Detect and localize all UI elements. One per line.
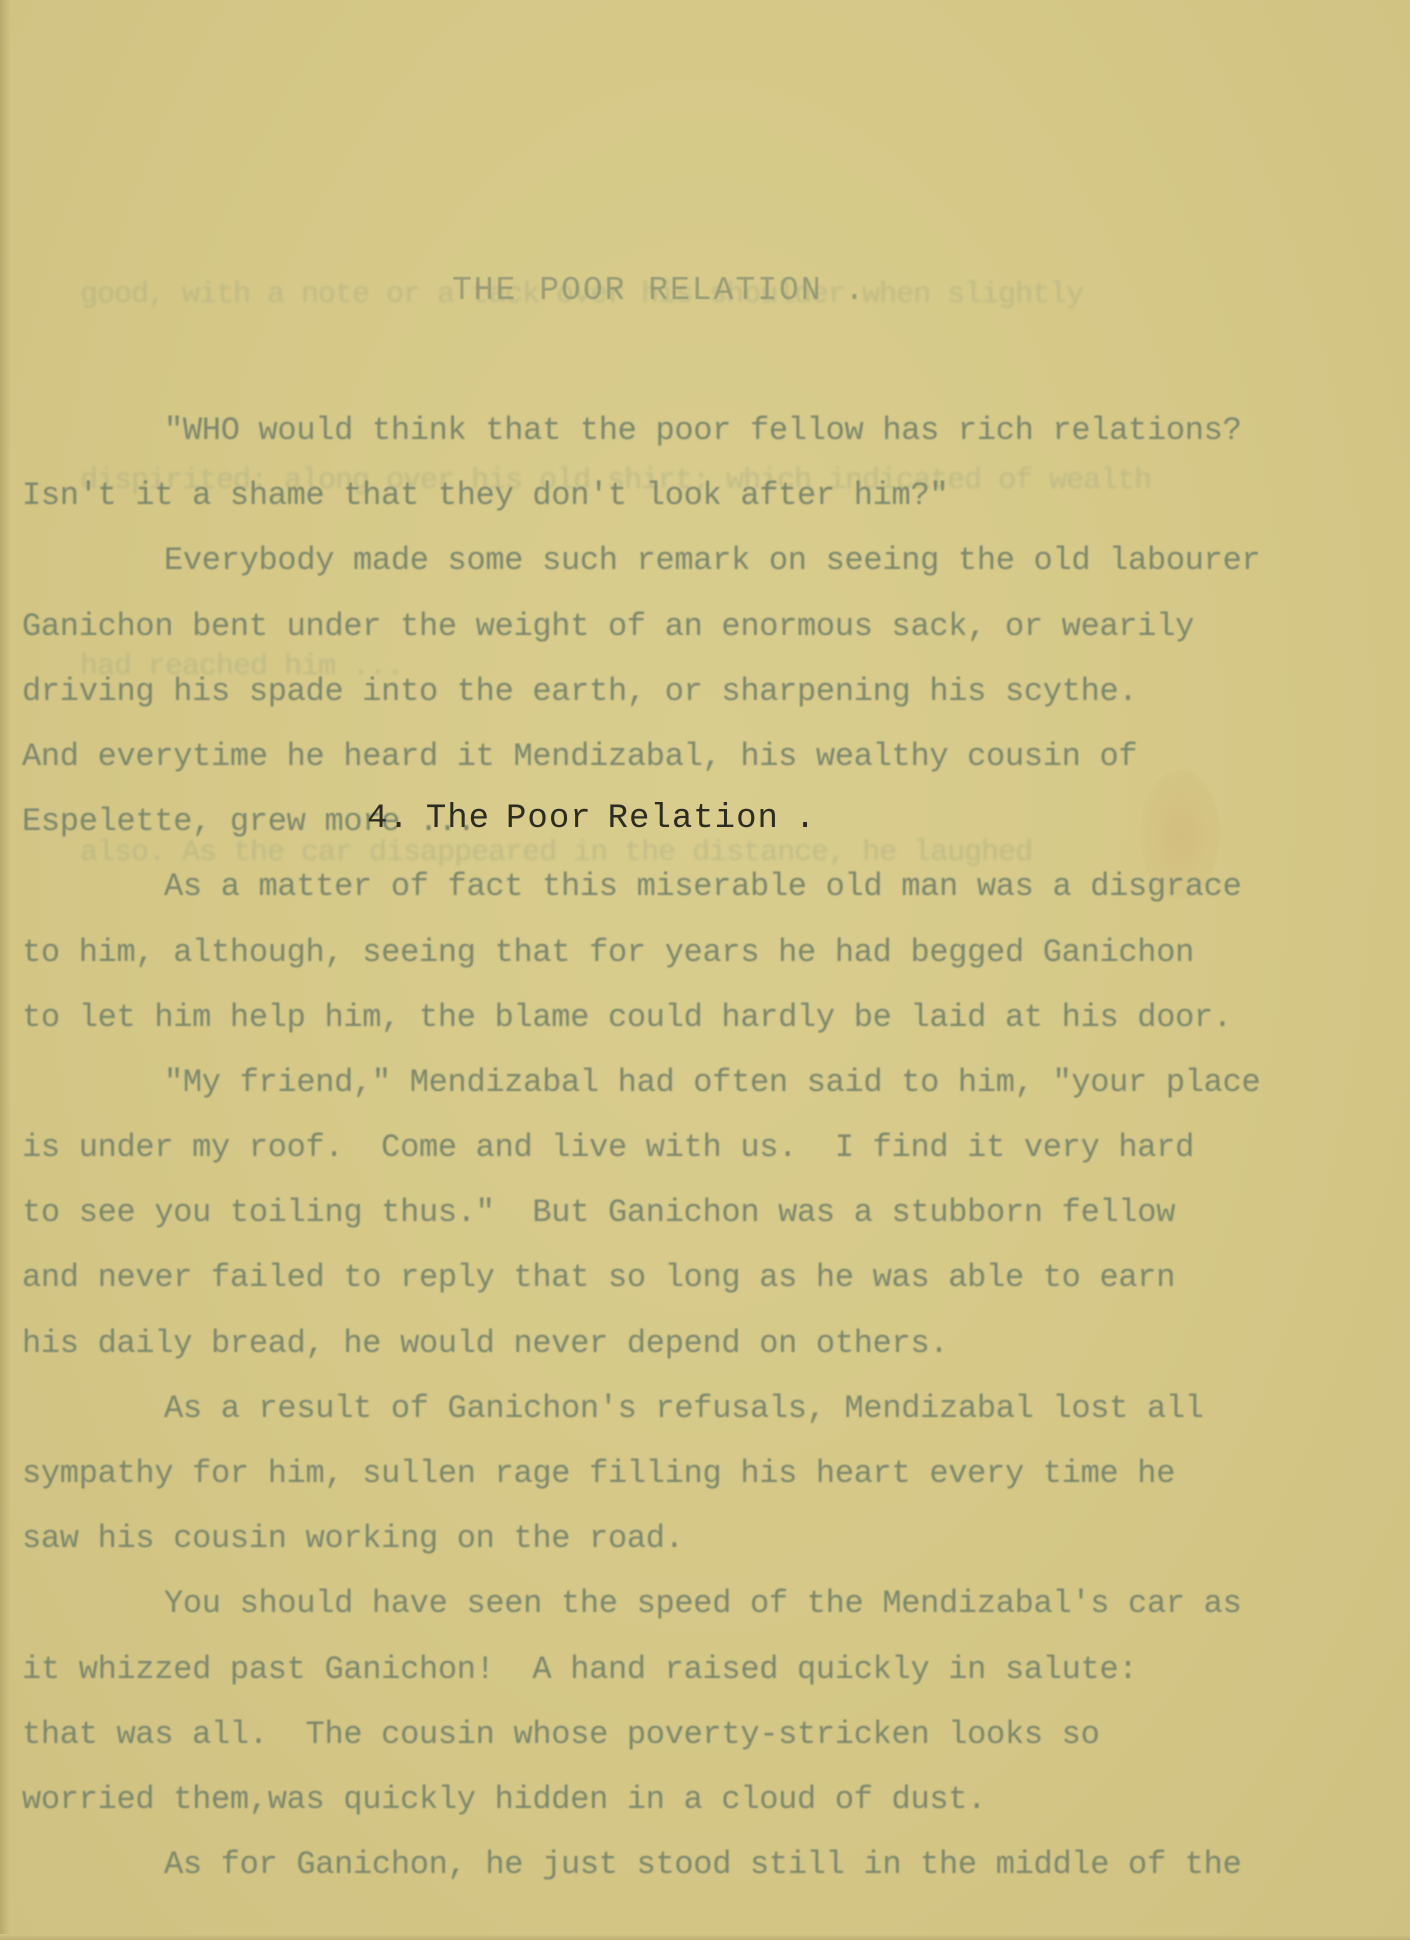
text-line: Everybody made some such remark on seein… [22, 528, 1392, 593]
text-line: it whizzed past Ganichon! A hand raised … [22, 1637, 1392, 1702]
text-line: to him, although, seeing that for years … [22, 920, 1392, 985]
text-line: "My friend," Mendizabal had often said t… [22, 1050, 1392, 1115]
heading-word: Relation [608, 800, 779, 838]
text-line: Ganichon bent under the weight of an eno… [22, 594, 1392, 659]
chapter-heading: 4.ThePoorRelation. [367, 800, 832, 838]
text-line: driving his spade into the earth, or sha… [22, 659, 1392, 724]
scanned-page: good, with a note or a tack over his sho… [0, 0, 1410, 1940]
text-line: As for Ganichon, he just stood still in … [22, 1832, 1392, 1897]
heading-word: The [426, 800, 490, 838]
faint-title: THE POOR RELATION . [452, 272, 866, 309]
chapter-number: 4. [367, 800, 410, 838]
text-line: sympathy for him, sullen rage filling hi… [22, 1441, 1392, 1506]
text-line: Isn't it a shame that they don't look af… [22, 463, 1392, 528]
text-line: As a matter of fact this miserable old m… [22, 854, 1392, 919]
heading-period: . [795, 800, 816, 838]
text-line: saw his cousin working on the road. [22, 1506, 1392, 1571]
text-line: worried them,was quickly hidden in a clo… [22, 1767, 1392, 1832]
page-bottom-edge [0, 1934, 1410, 1940]
text-line: And everytime he heard it Mendizabal, hi… [22, 724, 1392, 789]
text-line: to let him help him, the blame could har… [22, 985, 1392, 1050]
heading-word: Poor [506, 800, 592, 838]
text-line: As a result of Ganichon's refusals, Mend… [22, 1376, 1392, 1441]
text-line: and never failed to reply that so long a… [22, 1245, 1392, 1310]
body-text: "WHO would think that the poor fellow ha… [22, 398, 1392, 1897]
text-line: "WHO would think that the poor fellow ha… [22, 398, 1392, 463]
text-line: his daily bread, he would never depend o… [22, 1311, 1392, 1376]
text-line: is under my roof. Come and live with us.… [22, 1115, 1392, 1180]
page-left-shadow [0, 0, 10, 1940]
text-line: You should have seen the speed of the Me… [22, 1571, 1392, 1636]
text-line: to see you toiling thus." But Ganichon w… [22, 1180, 1392, 1245]
text-line: that was all. The cousin whose poverty-s… [22, 1702, 1392, 1767]
